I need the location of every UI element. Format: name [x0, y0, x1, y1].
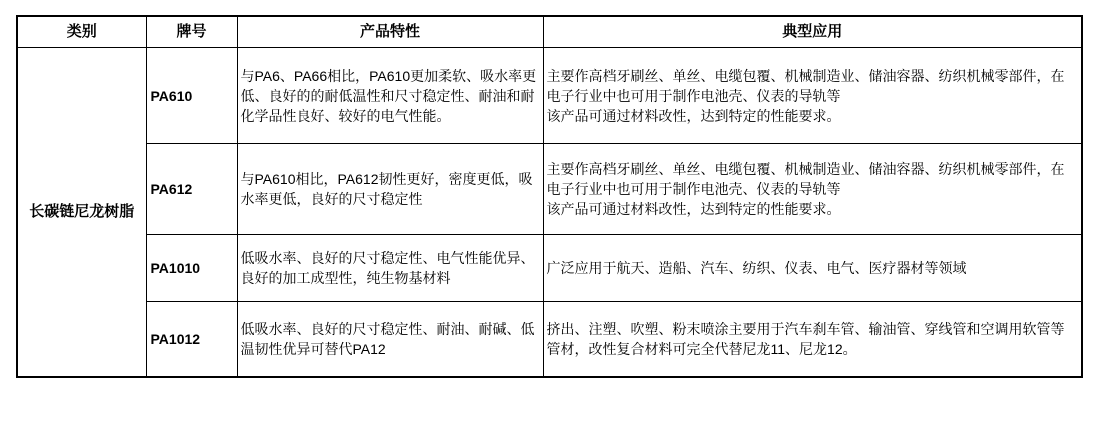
grade-cell: PA612 [146, 144, 237, 235]
table-row-pa612: PA612 与PA610相比，PA612韧性更好，密度更低，吸水率更低，良好的尺… [17, 144, 1082, 235]
table-row-pa1010: PA1010 低吸水率、良好的尺寸稳定性、电气性能优异、良好的加工成型性，纯生物… [17, 235, 1082, 302]
category-cell: 长碳链尼龙树脂 [17, 48, 146, 377]
applications-cell: 主要作高档牙刷丝、单丝、电缆包覆、机械制造业、储油容器、纺织机械零部件，在电子行… [543, 48, 1082, 144]
header-grade: 牌号 [146, 16, 237, 48]
applications-cell: 挤出、注塑、吹塑、粉末喷涂主要用于汽车刹车管、输油管、穿线管和空调用软管等管材，… [543, 302, 1082, 377]
features-cell: 低吸水率、良好的尺寸稳定性、耐油、耐碱、低温韧性优异可替代PA12 [237, 302, 543, 377]
header-category: 类别 [17, 16, 146, 48]
features-cell: 与PA6、PA66相比，PA610更加柔软、吸水率更低、良好的的耐低温性和尺寸稳… [237, 48, 543, 144]
features-cell: 低吸水率、良好的尺寸稳定性、电气性能优异、良好的加工成型性，纯生物基材料 [237, 235, 543, 302]
product-spec-table: 类别 牌号 产品特性 典型应用 长碳链尼龙树脂 PA610 与PA6、PA66相… [16, 15, 1083, 378]
applications-cell: 广泛应用于航天、造船、汽车、纺织、仪表、电气、医疗器材等领域 [543, 235, 1082, 302]
table-row-pa610: 长碳链尼龙树脂 PA610 与PA6、PA66相比，PA610更加柔软、吸水率更… [17, 48, 1082, 144]
applications-cell: 主要作高档牙刷丝、单丝、电缆包覆、机械制造业、储油容器、纺织机械零部件，在电子行… [543, 144, 1082, 235]
features-cell: 与PA610相比，PA612韧性更好，密度更低，吸水率更低，良好的尺寸稳定性 [237, 144, 543, 235]
grade-cell: PA1010 [146, 235, 237, 302]
grade-cell: PA610 [146, 48, 237, 144]
page: { "table": { "headers": { "category": "类… [0, 15, 1097, 422]
header-row: 类别 牌号 产品特性 典型应用 [17, 16, 1082, 48]
header-applications: 典型应用 [543, 16, 1082, 48]
table-row-pa1012: PA1012 低吸水率、良好的尺寸稳定性、耐油、耐碱、低温韧性优异可替代PA12… [17, 302, 1082, 377]
grade-cell: PA1012 [146, 302, 237, 377]
header-features: 产品特性 [237, 16, 543, 48]
